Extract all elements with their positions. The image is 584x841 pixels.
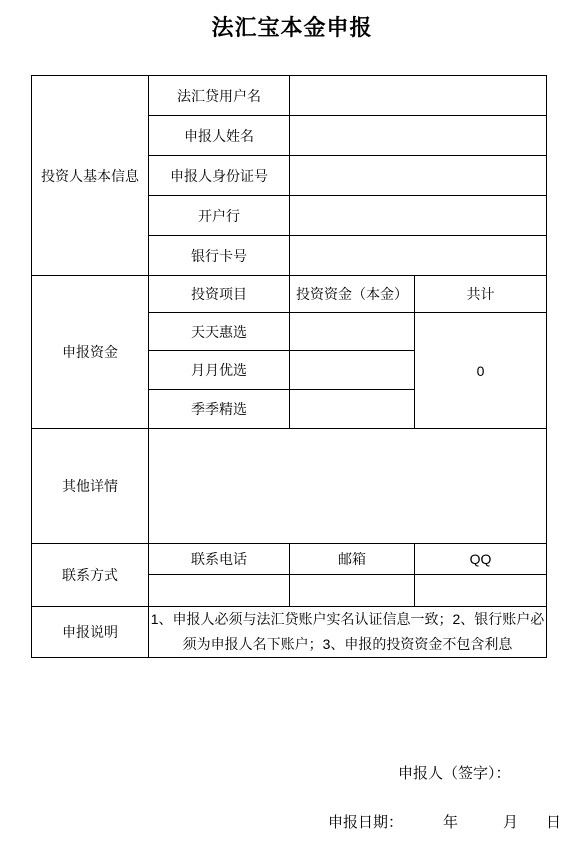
- section-label-contact: 联系方式: [32, 544, 149, 607]
- section-label-other-details: 其他详情: [32, 429, 149, 544]
- declaration-form-table: 投资人基本信息 法汇贷用户名 申报人姓名 申报人身份证号 开户行 银行卡号 申报…: [31, 75, 547, 658]
- input-cell-daily-select-amount[interactable]: [290, 313, 415, 351]
- date-day-label: 日: [546, 811, 561, 832]
- header-contact-phone: 联系电话: [149, 544, 290, 575]
- header-investment-project: 投资项目: [149, 276, 290, 313]
- table-row: 联系方式 联系电话 邮箱 QQ: [32, 544, 547, 575]
- input-cell-monthly-select-amount[interactable]: [290, 351, 415, 390]
- input-cell-other-details[interactable]: [149, 429, 547, 544]
- label-daily-select: 天天惠选: [149, 313, 290, 351]
- input-cell-quarterly-select-amount[interactable]: [290, 390, 415, 429]
- section-label-basic-info: 投资人基本信息: [32, 76, 149, 276]
- header-qq: QQ: [415, 544, 547, 575]
- input-cell-fahuidai-username[interactable]: [290, 76, 547, 116]
- input-cell-bank-branch[interactable]: [290, 196, 547, 236]
- input-cell-bank-card-number[interactable]: [290, 236, 547, 276]
- input-cell-qq[interactable]: [415, 575, 547, 607]
- document-page: 法汇宝本金申报 投资人基本信息 法汇贷用户名 申报人姓名 申报人身份证号 开户行…: [0, 0, 584, 841]
- label-bank-branch: 开户行: [149, 196, 290, 236]
- header-total: 共计: [415, 276, 547, 313]
- input-cell-declarant-name[interactable]: [290, 116, 547, 156]
- table-row: 申报说明 1、申报人必须与法汇贷账户实名认证信息一致；2、银行账户必须为申报人名…: [32, 607, 547, 658]
- label-monthly-select: 月月优选: [149, 351, 290, 390]
- input-cell-declarant-id-number[interactable]: [290, 156, 547, 196]
- section-label-notes: 申报说明: [32, 607, 149, 658]
- header-investment-amount: 投资资金（本金）: [290, 276, 415, 313]
- label-bank-card-number: 银行卡号: [149, 236, 290, 276]
- label-fahuidai-username: 法汇贷用户名: [149, 76, 290, 116]
- page-title: 法汇宝本金申报: [0, 11, 584, 42]
- total-value-cell: 0: [415, 313, 547, 429]
- date-year-label: 年: [443, 811, 458, 832]
- date-label: 申报日期：: [328, 811, 403, 832]
- table-row: 其他详情: [32, 429, 547, 544]
- label-declarant-id-number: 申报人身份证号: [149, 156, 290, 196]
- input-cell-email[interactable]: [290, 575, 415, 607]
- date-month-label: 月: [503, 811, 518, 832]
- header-email: 邮箱: [290, 544, 415, 575]
- table-row: 申报资金 投资项目 投资资金（本金） 共计: [32, 276, 547, 313]
- input-cell-contact-phone[interactable]: [149, 575, 290, 607]
- label-quarterly-select: 季季精选: [149, 390, 290, 429]
- label-declarant-name: 申报人姓名: [149, 116, 290, 156]
- declaration-notes-text: 1、申报人必须与法汇贷账户实名认证信息一致；2、银行账户必须为申报人名下账户；3…: [149, 607, 547, 658]
- table-row: 投资人基本信息 法汇贷用户名: [32, 76, 547, 116]
- section-label-declared-funds: 申报资金: [32, 276, 149, 429]
- signature-label: 申报人（签字）：: [398, 762, 511, 783]
